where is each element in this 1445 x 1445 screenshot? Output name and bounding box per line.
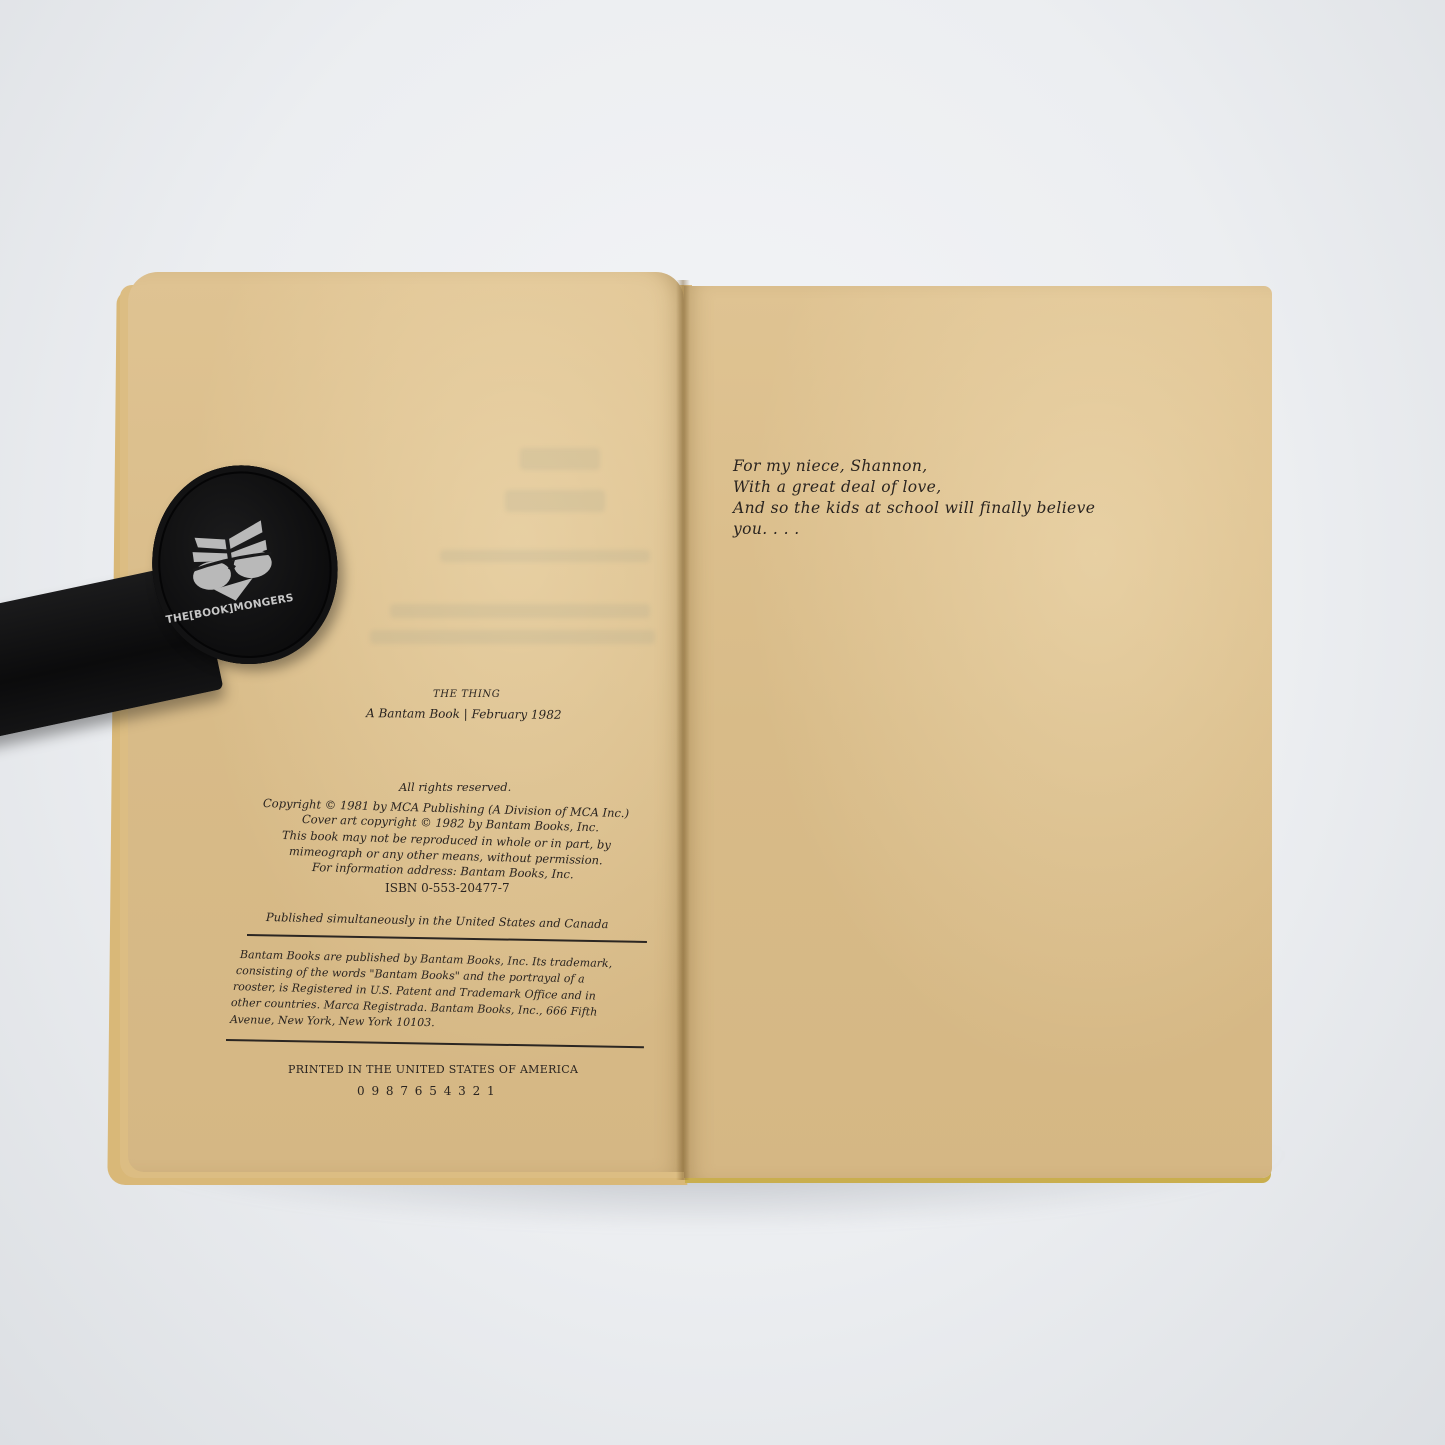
book-gutter: [676, 280, 690, 1180]
dedication: For my niece, Shannon, With a great deal…: [733, 456, 1095, 540]
printed-in-usa: PRINTED IN THE UNITED STATES OF AMERICA: [288, 1063, 578, 1076]
book-title: THE THING: [433, 689, 500, 700]
bleed-through-text: [505, 490, 605, 512]
dedication-line: you. . . .: [733, 519, 1095, 540]
bleed-through-text: [440, 550, 650, 562]
dedication-line: With a great deal of love,: [733, 477, 1095, 498]
bleed-through-text: [370, 630, 655, 644]
left-page: [128, 272, 684, 1172]
right-page: [684, 286, 1272, 1178]
rights-line: All rights reserved.: [399, 780, 511, 794]
bleed-through-text: [520, 448, 600, 470]
print-line-numbers: 0 9 8 7 6 5 4 3 2 1: [357, 1084, 496, 1098]
isbn: ISBN 0-553-20477-7: [385, 881, 510, 895]
edition-line: A Bantam Book | February 1982: [366, 706, 562, 722]
dedication-line: For my niece, Shannon,: [733, 456, 1095, 477]
bleed-through-text: [390, 604, 650, 618]
dedication-line: And so the kids at school will finally b…: [733, 498, 1095, 519]
